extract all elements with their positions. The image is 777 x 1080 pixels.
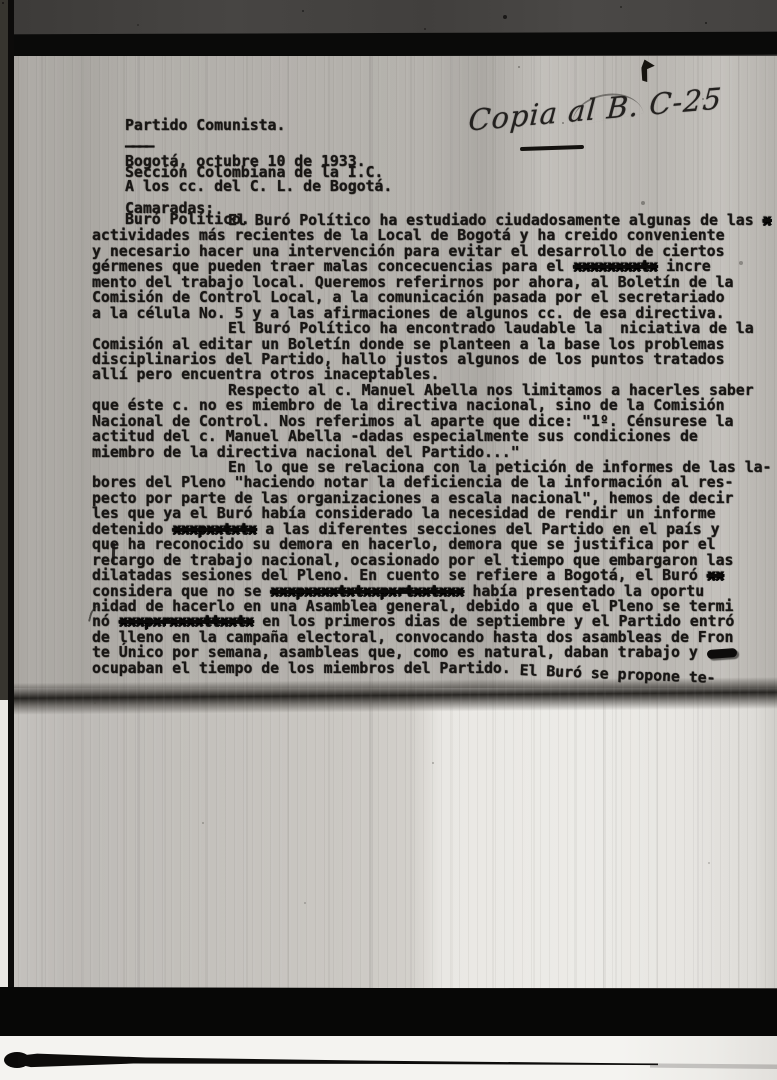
typed-text: allí pero encuentra otros inaceptables. [92, 366, 439, 383]
typed-line: les que ya el Buró había considerado la … [92, 506, 777, 521]
ink-blot [706, 648, 737, 659]
addressee-line: A los cc. del C. L. de Bogotá. [125, 178, 392, 195]
typed-text: Comisión al editar un Boletín donde se p… [92, 336, 725, 353]
typed-line: pecto por parte de las organizaciones a … [92, 491, 777, 506]
typed-text: miembro de la directiva nacional del Par… [92, 444, 520, 461]
typed-line: actividades más recientes de la Local de… [92, 228, 777, 243]
struck-text: x [763, 212, 771, 229]
struck-text: xxxpxxxxtxtxxpxrtxxtxxx [270, 583, 463, 600]
typed-line: Nacional de Control. Nos referimos al ap… [92, 414, 777, 429]
typed-text: incre [657, 258, 710, 275]
typed-line: miembro de la directiva nacional del Par… [92, 445, 777, 460]
typed-text: les que ya el Buró había considerado la … [92, 505, 716, 522]
typed-line: detenido xxxpxxtxtx a las diferentes sec… [92, 522, 777, 537]
typed-line: a la célula No. 5 y a las afirmaciones d… [92, 306, 777, 321]
typed-text: bores del Pleno "haciendo notar la defic… [92, 474, 733, 491]
typed-text: ocupaban el tiempo de los miembros del P… [92, 660, 520, 677]
typed-line: Comisión al editar un Boletín donde se p… [92, 337, 777, 352]
typed-text: actitud del c. Manuel Abella -dadas espe… [92, 428, 698, 445]
typed-line: allí pero encuentra otros inaceptables. [92, 367, 777, 382]
typed-line: ocupaban el tiempo de los miembros del P… [92, 661, 777, 676]
typed-text: que éste c. no es miembro de la directiv… [92, 397, 725, 414]
typed-text: que ha reconocido su demora en hacerlo, … [92, 536, 716, 553]
typed-line: gérmenes que pueden traer malas concecue… [92, 259, 777, 274]
typed-line: nó xxxpxrxxxxttxxtx en los primeros dias… [92, 614, 777, 629]
typed-line: considera que no se xxxpxxxxtxtxxpxrtxxt… [92, 584, 777, 599]
typed-text: actividades más recientes de la Local de… [92, 227, 725, 244]
typed-text: dilatadas sesiones del Pleno. En cuento … [92, 567, 707, 584]
struck-text: xx [707, 567, 724, 584]
typed-text: te Único por semana, asambleas que, como… [92, 644, 707, 661]
typed-line: y necesario hacer una intervención para … [92, 244, 777, 259]
left-edge-black-line [8, 0, 14, 994]
typed-line: Respecto al c. Manuel Abella nos limitam… [92, 383, 777, 398]
struck-text: xxxxxxxxtx [573, 258, 657, 275]
typed-line: actitud del c. Manuel Abella -dadas espe… [92, 429, 777, 444]
typed-line: te Único por semana, asambleas que, como… [92, 645, 777, 660]
dateline: Bogotá, octubre 10 de 1933. [125, 153, 366, 170]
typed-line: que éste c. no es miembro de la directiv… [92, 398, 777, 413]
typed-text: Comisión de Control Local, a la comunica… [92, 289, 725, 306]
letterhead-line-org: Partido Comunista. [125, 118, 383, 134]
struck-text: xxxpxrxxxxttxxtx [119, 613, 254, 630]
typed-text: considera que no se [92, 583, 270, 600]
typed-line: El Buró Político ha encontrado laudable … [92, 321, 777, 336]
typed-text: El Buró Político ha encontrado laudable … [228, 320, 754, 337]
typed-line: dilatadas sesiones del Pleno. En cuento … [92, 568, 777, 583]
typed-line: mento del trabajo local. Queremos referi… [92, 275, 777, 290]
typed-body: El Buró Político ha estudiado ciudadosam… [92, 213, 777, 676]
typed-text: gérmenes que pueden traer malas concecue… [92, 258, 573, 275]
typed-line: Comisión de Control Local, a la comunica… [92, 290, 777, 305]
typed-text: había presentado la oportu [464, 583, 705, 600]
scan-top-black-band [0, 32, 777, 58]
typed-text: en los primeros dias de septiembre y el … [253, 613, 734, 630]
typed-line: que ha reconocido su demora en hacerlo, … [92, 537, 777, 552]
typed-line: de lleno en la campaña electoral, convoc… [92, 630, 777, 645]
typed-line: recargo de trabajo nacional, ocasionado … [92, 553, 777, 568]
scan-speckles [2, 2, 4, 4]
scan-bottom-black-band [0, 987, 777, 1039]
scanned-document-page: Partido Comunista. Sección Colombiana de… [0, 0, 777, 1080]
typed-line: bores del Pleno "haciendo notar la defic… [92, 475, 777, 490]
